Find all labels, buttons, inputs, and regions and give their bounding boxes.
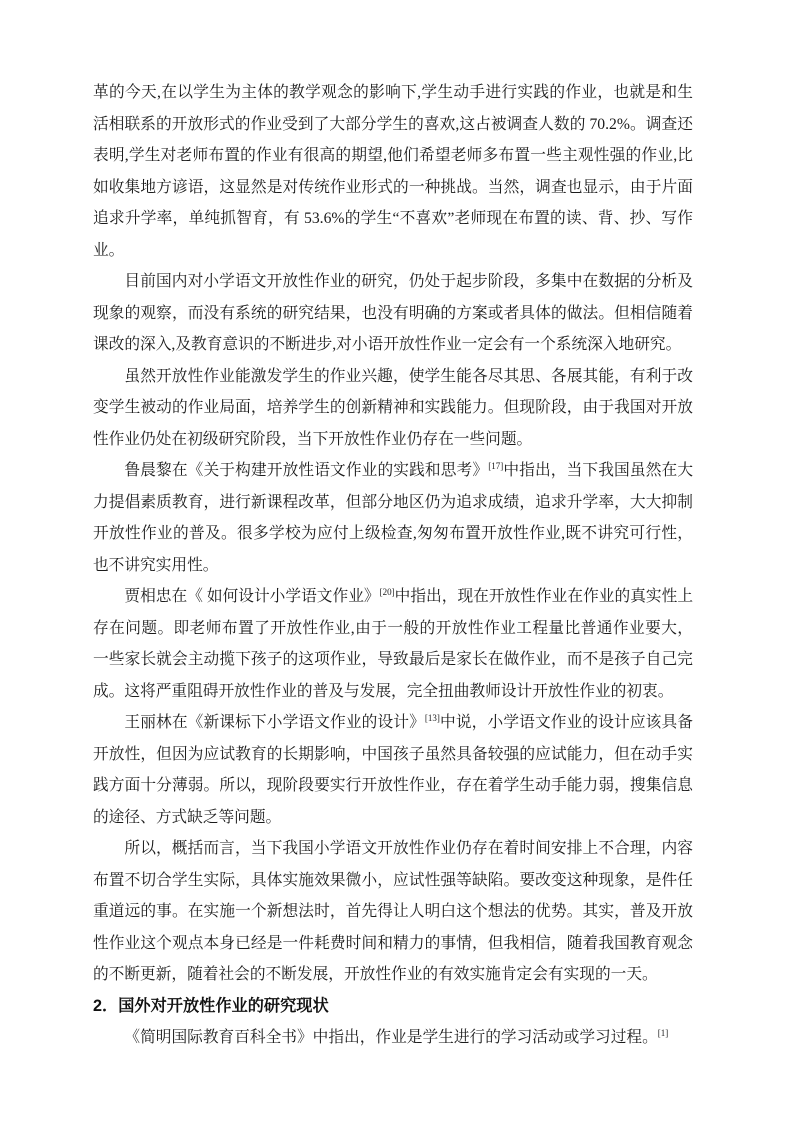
citation-ref: [20] <box>380 587 395 597</box>
text-run: 贾相忠在《 如何设计小学语文作业》 <box>124 588 379 605</box>
text-run: 鲁晨黎在《关于构建开放性语文作业的实践和思考》 <box>124 462 488 479</box>
body-paragraph: 鲁晨黎在《关于构建开放性语文作业的实践和思考》[17]中指出，当下我国虽然在大力… <box>93 455 693 581</box>
body-paragraph: 王丽林在《新课标下小学语文作业的设计》[13]中说，小学语文作业的设计应该具备开… <box>93 707 693 833</box>
text-run: 2．国外对开放性作业的研究现状 <box>93 997 329 1015</box>
section-heading: 2．国外对开放性作业的研究现状 <box>93 991 693 1023</box>
text-run: 《简明国际教育百科全书》中指出，作业是学生进行的学习活动或学习过程。 <box>124 1029 657 1046</box>
body-paragraph: 革的今天,在以学生为主体的教学观念的影响下,学生动手进行实践的作业，也就是和生活… <box>93 77 693 266</box>
text-run: 虽然开放性作业能激发学生的作业兴趣，使学生能各尽其思、各展其能，有利于改变学生被… <box>93 368 693 448</box>
text-run: 目前国内对小学语文开放性作业的研究，仍处于起步阶段，多集中在数据的分析及现象的观… <box>93 273 693 353</box>
citation-ref: [13] <box>425 713 440 723</box>
body-paragraph: 目前国内对小学语文开放性作业的研究，仍处于起步阶段，多集中在数据的分析及现象的观… <box>93 266 693 361</box>
body-paragraph: 《简明国际教育百科全书》中指出，作业是学生进行的学习活动或学习过程。[1] <box>93 1022 693 1054</box>
document-body: 革的今天,在以学生为主体的教学观念的影响下,学生动手进行实践的作业，也就是和生活… <box>93 77 693 1054</box>
citation-ref: [17] <box>488 461 503 471</box>
body-paragraph: 所以，概括而言，当下我国小学语文开放性作业仍存在着时间安排上不合理，内容布置不切… <box>93 833 693 991</box>
document-page: 革的今天,在以学生为主体的教学观念的影响下,学生动手进行实践的作业，也就是和生活… <box>0 0 793 1122</box>
text-run: 王丽林在《新课标下小学语文作业的设计》 <box>124 714 425 731</box>
body-paragraph: 贾相忠在《 如何设计小学语文作业》[20]中指出，现在开放性作业在作业的真实性上… <box>93 581 693 707</box>
text-run: 所以，概括而言，当下我国小学语文开放性作业仍存在着时间安排上不合理，内容布置不切… <box>93 840 693 983</box>
body-paragraph: 虽然开放性作业能激发学生的作业兴趣，使学生能各尽其思、各展其能，有利于改变学生被… <box>93 361 693 456</box>
text-run: 革的今天,在以学生为主体的教学观念的影响下,学生动手进行实践的作业，也就是和生活… <box>93 84 693 259</box>
citation-ref: [1] <box>658 1028 669 1038</box>
